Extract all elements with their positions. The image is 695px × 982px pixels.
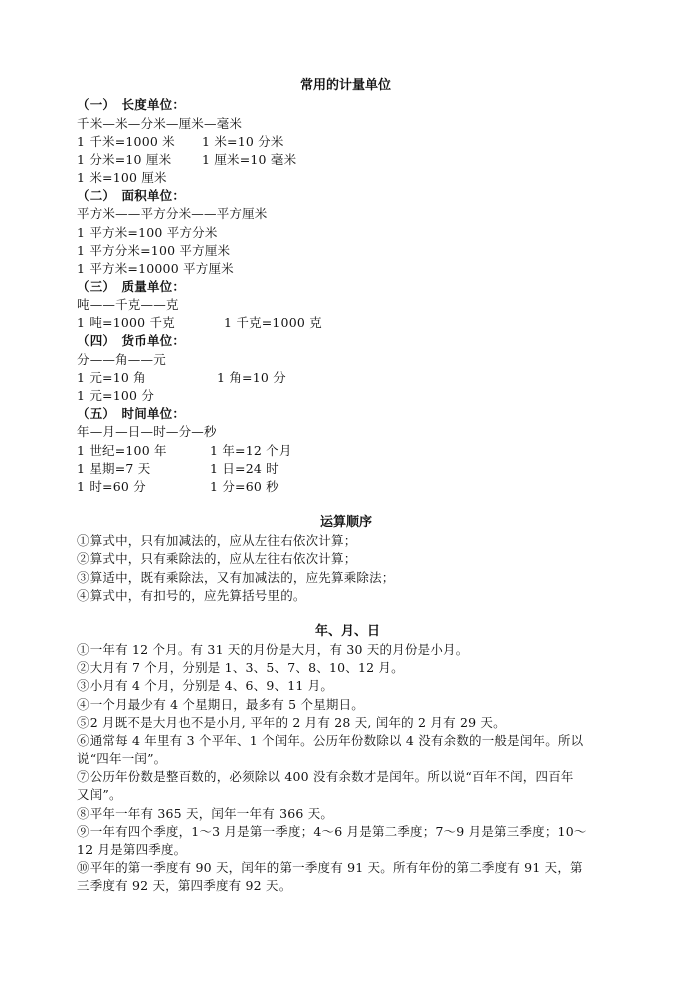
mass-row-1: 1 吨=1000 千克 1 千克=1000 克 <box>77 314 175 332</box>
order-item-3: ③算适中，既有乘除法，又有加减法的，应先算乘除法； <box>77 569 395 587</box>
calendar-item-2: ②大月有 7 个月，分别是 1、3、5、7、8、10、12 月。 <box>77 659 404 677</box>
calendar-item-9b: 12 月是第四季度。 <box>77 841 186 859</box>
time-row-2: 1 星期=7 天 1 日=24 时 <box>77 460 150 478</box>
calendar-item-9a: ⑨一年有四个季度，1～3 月是第一季度；4～6 月是第二季度；7～9 月是第三季… <box>77 823 587 841</box>
area-heading: （二） 面积单位： <box>77 187 185 205</box>
mass-chain: 吨——千克——克 <box>77 296 179 314</box>
length-row-2-left: 1 分米=10 厘米 <box>77 152 171 167</box>
calendar-item-1: ①一年有 12 个月。有 31 天的月份是大月，有 30 天的月份是小月。 <box>77 641 468 659</box>
time-row-3: 1 时=60 分 1 分=60 秒 <box>77 478 146 496</box>
order-item-4: ④算式中，有扣号的，应先算括号里的。 <box>77 587 306 605</box>
time-row-2-left: 1 星期=7 天 <box>77 461 150 476</box>
calendar-item-4: ④一个月最少有 4 个星期日，最多有 5 个星期日。 <box>77 696 364 714</box>
area-row-3: 1 平方米=10000 平方厘米 <box>77 260 234 278</box>
time-chain: 年—月—日—时—分—秒 <box>77 423 217 441</box>
length-row-1-right: 1 米=10 分米 <box>202 133 284 151</box>
calendar-item-6a: ⑥通常每 4 年里有 3 个平年、1 个闰年。公历年份数除以 4 没有余数的一般… <box>77 732 583 750</box>
time-heading: （五） 时间单位： <box>77 405 185 423</box>
length-row-2: 1 分米=10 厘米 1 厘米=10 毫米 <box>77 151 171 169</box>
calendar-item-10a: ⑩平年的第一季度有 90 天，闰年的第一季度有 91 天。所有年份的第二季度有 … <box>77 859 583 877</box>
order-item-2: ②算式中，只有乘除法的，应从左往右依次计算； <box>77 550 356 568</box>
time-row-1-left: 1 世纪=100 年 <box>77 443 167 458</box>
length-row-1-left: 1 千米=1000 米 <box>77 134 175 149</box>
area-row-1: 1 平方米=100 平方分米 <box>77 224 218 242</box>
calendar-item-7a: ⑦公历年份数是整百数的，必须除以 400 没有余数才是闰年。所以说“百年不闰，四… <box>77 768 574 786</box>
time-row-3-left: 1 时=60 分 <box>77 479 146 494</box>
length-row-3: 1 米=100 厘米 <box>77 169 167 187</box>
mass-heading: （三） 质量单位： <box>77 278 185 296</box>
calendar-item-3: ③小月有 4 个月，分别是 4、6、9、11 月。 <box>77 677 333 695</box>
time-row-3-right: 1 分=60 秒 <box>210 478 279 496</box>
time-row-1-right: 1 年=12 个月 <box>210 442 292 460</box>
order-title: 运算顺序 <box>320 514 372 532</box>
order-item-1: ①算式中，只有加减法的，应从左往右依次计算； <box>77 532 356 550</box>
money-row-1: 1 元=10 角 1 角=10 分 <box>77 369 146 387</box>
mass-row-1-right: 1 千克=1000 克 <box>224 314 322 332</box>
length-row-2-right: 1 厘米=10 毫米 <box>202 151 296 169</box>
length-heading: （一） 长度单位： <box>77 96 185 114</box>
length-chain: 千米—米—分米—厘米—毫米 <box>77 115 242 133</box>
length-row-1: 1 千米=1000 米 1 米=10 分米 <box>77 133 175 151</box>
mass-row-1-left: 1 吨=1000 千克 <box>77 315 175 330</box>
area-row-2: 1 平方分米=100 平方厘米 <box>77 242 230 260</box>
area-chain: 平方米——平方分米——平方厘米 <box>77 205 268 223</box>
calendar-item-8: ⑧平年一年有 365 天，闰年一年有 366 天。 <box>77 805 333 823</box>
money-row-2: 1 元=100 分 <box>77 387 154 405</box>
document-page: 常用的计量单位 （一） 长度单位： 千米—米—分米—厘米—毫米 1 千米=100… <box>0 0 695 982</box>
money-row-1-left: 1 元=10 角 <box>77 370 146 385</box>
money-row-1-right: 1 角=10 分 <box>217 369 286 387</box>
time-row-1: 1 世纪=100 年 1 年=12 个月 <box>77 442 167 460</box>
calendar-title: 年、月、日 <box>315 623 380 641</box>
calendar-item-10b: 三季度有 92 天，第四季度有 92 天。 <box>77 877 291 895</box>
calendar-item-6b: 说“四年一闰”。 <box>77 750 166 768</box>
calendar-item-7b: 又闰”。 <box>77 786 122 804</box>
calendar-item-5: ⑤2 月既不是大月也不是小月, 平年的 2 月有 28 天, 闰年的 2 月有 … <box>77 714 506 732</box>
units-title: 常用的计量单位 <box>300 77 391 95</box>
money-heading: （四） 货币单位： <box>77 332 185 350</box>
time-row-2-right: 1 日=24 时 <box>210 460 279 478</box>
money-chain: 分——角——元 <box>77 351 166 369</box>
